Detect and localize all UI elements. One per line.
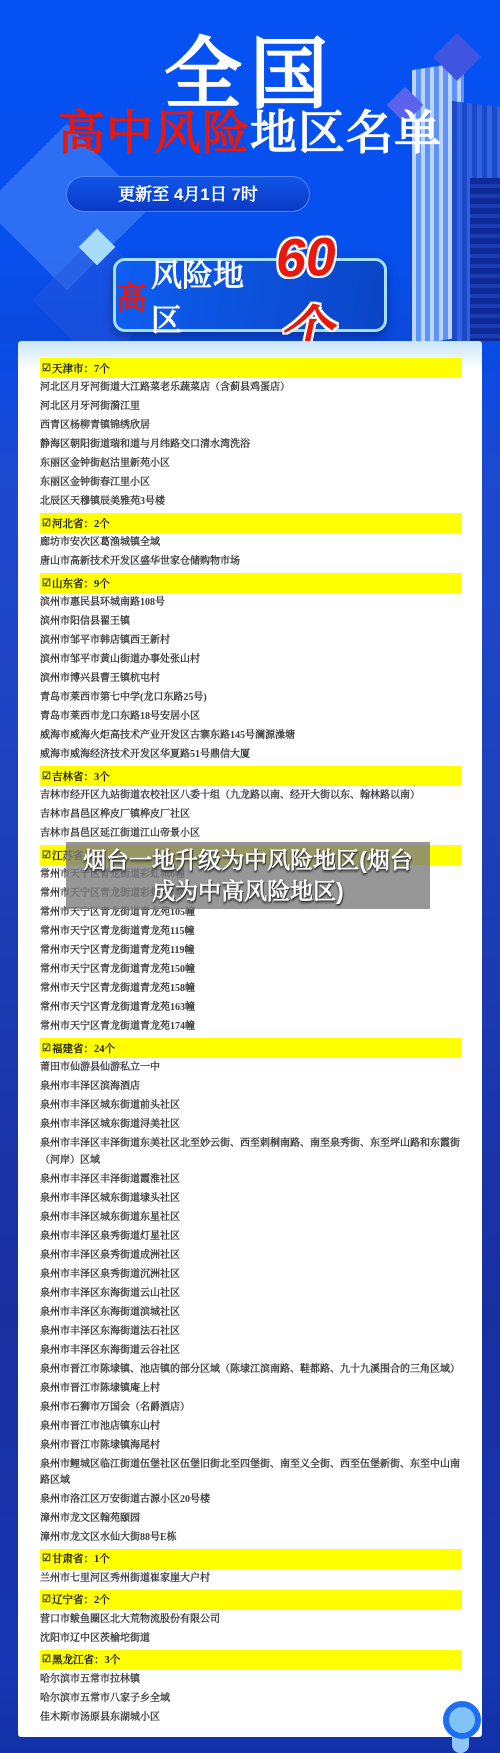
risk-area-item: 河北区月牙河街道大江路菜老乐蔬菜店（含蓟县鸡蛋店） [40, 379, 462, 398]
risk-area-item: 常州市天宁区青龙街道青龙苑119幢 [40, 942, 462, 961]
sub-title-risk-part: 高中风险 [58, 106, 250, 159]
pin-circle-decoration [443, 1701, 481, 1739]
risk-area-item: 泉州市丰泽区城东街道埭头社区 [40, 1189, 462, 1208]
province-header-label: 河北省：2个 [52, 516, 110, 531]
risk-area-item: 泉州市丰泽区滨海酒店 [40, 1078, 462, 1097]
risk-box-area-label: 风险地区 [151, 250, 267, 340]
province-header: ☑甘肃省：1个 [40, 1549, 462, 1569]
province-check-icon: ☑ [42, 1594, 51, 1605]
province-check-icon: ☑ [42, 850, 51, 861]
province-header: ☑吉林省：3个 [40, 766, 462, 786]
risk-area-item: 吉林市昌邑区桦皮厂镇桦皮厂社区 [40, 806, 462, 825]
province-header: ☑山东省：9个 [40, 573, 462, 593]
province-header-label: 辽宁省：2个 [52, 1592, 110, 1607]
risk-area-item: 佳木斯市汤原县东湖城小区 [40, 1709, 462, 1728]
risk-area-item: 泉州市丰泽区泉秀街道成洲社区 [40, 1246, 462, 1265]
risk-box-count: 60个 [275, 224, 387, 341]
province-check-icon: ☑ [42, 1553, 51, 1564]
risk-area-item: 泉州市丰泽区泉秀街道灯星社区 [40, 1227, 462, 1246]
province-header-label: 黑龙江省：3个 [52, 1652, 120, 1667]
risk-area-item: 常州市天宁区青龙街道青龙苑158幢 [40, 980, 462, 999]
risk-area-item: 泉州市丰泽区城东街道前头社区 [40, 1097, 462, 1116]
header-banner: 全国 高中风险地区名单 更新至 4月1日 7时 高 风险地区 60个 [0, 0, 500, 341]
risk-area-item: 青岛市莱西市龙口东路18号安居小区 [40, 708, 462, 727]
risk-area-item: 哈尔滨市五常市拉林镇 [40, 1671, 462, 1690]
risk-area-item: 兰州市七里河区秀州街道崔家崖大户村 [40, 1570, 462, 1589]
risk-area-item: 泉州市丰泽区东海街道滨城社区 [40, 1303, 462, 1322]
province-sections: ☑天津市：7个河北区月牙河街道大江路菜老乐蔬菜店（含蓟县鸡蛋店）河北区月牙河街漪… [40, 358, 462, 1728]
province-header-label: 福建省：24个 [52, 1041, 115, 1056]
province-header: ☑天津市：7个 [40, 358, 462, 378]
risk-area-item: 滨州市邹平市韩店镇西王新村 [40, 632, 462, 651]
province-check-icon: ☑ [42, 518, 51, 529]
risk-area-item: 常州市天宁区青龙街道青龙苑150幢 [40, 961, 462, 980]
risk-area-item: 滨州市博兴县曹王镇杭屯村 [40, 670, 462, 689]
risk-area-item: 泉州市丰泽区东海街道法石社区 [40, 1322, 462, 1341]
risk-area-item: 泉州市晋江市陈埭镇海尾村 [40, 1436, 462, 1455]
risk-area-item: 漳州市龙文区翰苑颐园 [40, 1510, 462, 1529]
province-header-label: 吉林省：3个 [52, 769, 110, 784]
risk-area-item: 泉州市晋江市陈埭镇庵上村 [40, 1379, 462, 1398]
risk-area-item: 泉州市晋江市陈埭镇、池店镇的部分区域（陈埭江滨南路、鞋都路、九十九溪围合的三角区… [40, 1360, 462, 1379]
watermark-title-overlay: 烟台一地升级为中风险地区(烟台成为中高风险地区) [66, 842, 430, 909]
risk-area-item: 泉州市丰泽区泉秀街道沉洲社区 [40, 1265, 462, 1284]
risk-area-item: 滨州市邹平市黄山街道办事处张山村 [40, 651, 462, 670]
risk-area-item: 泉州市晋江市池店镇东山村 [40, 1417, 462, 1436]
risk-area-item: 泉州市丰泽区城东街道浔美社区 [40, 1116, 462, 1135]
risk-area-item: 沈阳市辽中区茨榆坨街道 [40, 1630, 462, 1649]
risk-area-item: 吉林市经开区九站街道农校社区八委十组（九龙路以南、经开大街以东、翰林路以南） [40, 787, 462, 806]
risk-area-item: 泉州市丰泽区城东街道东星社区 [40, 1208, 462, 1227]
risk-area-item: 泉州市丰泽区东海街道云谷社区 [40, 1341, 462, 1360]
building-illustration-dark [470, 178, 500, 341]
province-header: ☑黑龙江省：3个 [40, 1650, 462, 1670]
risk-area-item: 泉州市丰泽区丰泽街道霞淮社区 [40, 1170, 462, 1189]
risk-area-list-panel: ☑天津市：7个河北区月牙河街道大江路菜老乐蔬菜店（含蓟县鸡蛋店）河北区月牙河街漪… [18, 341, 482, 1737]
risk-area-item: 威海市威海火炬高技术产业开发区古寨东路145号澜源澡塘 [40, 727, 462, 746]
province-header: ☑河北省：2个 [40, 513, 462, 533]
risk-area-item: 漳州市龙文区水仙大街88号E栋 [40, 1529, 462, 1548]
province-header-label: 天津市：7个 [52, 361, 110, 376]
province-header: ☑福建省：24个 [40, 1038, 462, 1058]
risk-area-item: 常州市天宁区青龙街道青龙苑174幢 [40, 1018, 462, 1037]
risk-area-item: 河北区月牙河街漪江里 [40, 398, 462, 417]
risk-area-item: 东丽区金钟街春江里小区 [40, 474, 462, 493]
risk-area-item: 滨州市阳信县翟王镇 [40, 613, 462, 632]
high-risk-count-box: 高 风险地区 60个 [113, 258, 387, 332]
risk-area-item: 营口市鲅鱼圈区北大荒物流股份有限公司 [40, 1611, 462, 1630]
risk-area-item: 廊坊市安次区葛渔城镇全域 [40, 534, 462, 553]
risk-area-item: 静海区朝阳街道瑞和道与月纬路交口清水湾洗浴 [40, 436, 462, 455]
sub-title: 高中风险地区名单 [0, 96, 500, 163]
risk-box-high-label: 高 [116, 273, 147, 318]
province-header-label: 甘肃省：1个 [52, 1551, 110, 1566]
province-header: ☑辽宁省：2个 [40, 1590, 462, 1610]
risk-area-item: 唐山市高新技术开发区盛华世家仓储购物市场 [40, 553, 462, 572]
sub-title-list-part: 地区名单 [250, 106, 442, 159]
update-time-pill: 更新至 4月1日 7时 [66, 176, 310, 212]
province-check-icon: ☑ [42, 1654, 51, 1665]
risk-area-item: 滨州市惠民县环城南路108号 [40, 594, 462, 613]
risk-area-item: 东丽区金钟街赵沽里新苑小区 [40, 455, 462, 474]
risk-area-item: 青岛市莱西市第七中学(龙口东路25号) [40, 689, 462, 708]
risk-area-item: 西青区杨柳青镇锦绣欣居 [40, 417, 462, 436]
risk-area-item: 常州市天宁区青龙街道青龙苑115幢 [40, 923, 462, 942]
risk-area-item: 泉州市丰泽区丰泽街道东美社区北至妙云街、西至刺桐南路、南至泉秀街、东至坪山路和东… [40, 1135, 462, 1170]
province-check-icon: ☑ [42, 771, 51, 782]
province-header-label: 山东省：9个 [52, 576, 110, 591]
risk-area-item: 莆田市仙游县仙游私立一中 [40, 1059, 462, 1078]
risk-area-item: 北辰区天穆镇辰美雅苑3号楼 [40, 493, 462, 512]
risk-area-item: 泉州市丰泽区东海街道云山社区 [40, 1284, 462, 1303]
risk-area-item: 常州市天宁区青龙街道青龙苑163幢 [40, 999, 462, 1018]
risk-area-item: 泉州市鲤城区临江街道伍堡社区伍堡旧街北至四堡街、南至义全街、西至伍堡新街、东至中… [40, 1455, 462, 1490]
risk-area-item: 哈尔滨市五常市八家子乡全域 [40, 1690, 462, 1709]
province-check-icon: ☑ [42, 578, 51, 589]
risk-area-item: 威海市威海经济技术开发区华夏路51号鼎信大厦 [40, 746, 462, 765]
province-check-icon: ☑ [42, 363, 51, 374]
risk-area-item: 泉州市洛江区万安街道古源小区20号楼 [40, 1491, 462, 1510]
risk-area-item: 泉州市石狮市万国会（名爵酒店） [40, 1398, 462, 1417]
province-check-icon: ☑ [42, 1043, 51, 1054]
